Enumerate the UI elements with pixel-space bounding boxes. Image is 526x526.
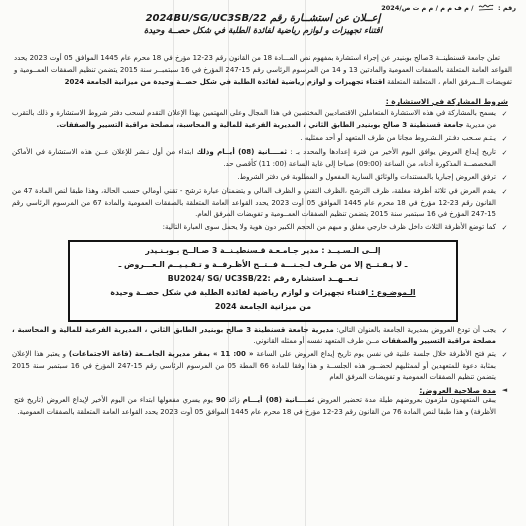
reference-label: رقم : xyxy=(498,4,516,12)
check-bullet-icon: ✓ xyxy=(499,147,510,170)
list-item: ✓ ترفق العروض إجباريا بالمستندات والوثائ… xyxy=(12,172,510,184)
box-subject-line: الـموضـوع : اقتناء تجهيزات و لوازم رياضي… xyxy=(78,286,448,300)
box-addressee-line: إلــى الـسـيــد : مدير جـامـعـة قـسنطيـن… xyxy=(78,244,448,258)
reference-code: / م ف م م / م م ت ص/2024 xyxy=(381,4,473,12)
offers-validity-section: ◄ مدة صلاحية العروض: يبقى المتعهدون ملزم… xyxy=(12,386,510,418)
check-bullet-icon: ✓ xyxy=(499,325,510,348)
list-item: ✓ كما توضع الأظرفة الثلاث داخل ظرف خارجي… xyxy=(12,222,510,234)
list-item: ✓ يـتـم سـحب دفـتر الـشـروط مجانا من طرف… xyxy=(12,133,510,145)
list-item-text: تاريخ إيداع العروض يوافق اليوم الأخير من… xyxy=(12,147,496,170)
box-open-only-line: ـ لا يـفـتــح إلا من طـرف لـجـنـــة فــت… xyxy=(78,258,448,272)
envelope-inscription-box: إلــى الـسـيــد : مدير جـامـعـة قـسنطيـن… xyxy=(68,240,458,322)
list-item: ✓ يتم فتح الأظرفة خلال جلسة علنية في نفس… xyxy=(12,349,510,383)
box-consultation-ref-line: تـعــهــد استشارة رقم :BU2024/ SG/ UC3SB… xyxy=(78,272,448,286)
check-bullet-icon: ✓ xyxy=(499,172,510,184)
list-item-text: ترفق العروض إجباريا بالمستندات والوثائق … xyxy=(12,172,496,184)
conditions-heading: شروط المشاركة في الاستشارة : xyxy=(8,97,508,106)
conditions-list: ✓ يسمح بالمشاركة في هذه الاستشارة المتعا… xyxy=(12,108,510,234)
list-item: ✓ يقدم العرض في ثلاثة أظرفة مغلقة، ظرف ا… xyxy=(12,186,510,220)
announcement-title: إعــلان عن استشــارة رقم 2024BU/SG/UC3SB… xyxy=(8,13,518,24)
list-item-text: يتم فتح الأظرفة خلال جلسة علنية في نفس ي… xyxy=(12,349,496,383)
list-item: ✓ تاريخ إيداع العروض يوافق اليوم الأخير … xyxy=(12,147,510,170)
announcement-subtitle: اقتناء تجهيزات و لوازم رياضية لفائدة الط… xyxy=(8,26,518,36)
check-bullet-icon: ✓ xyxy=(499,186,510,220)
handwritten-number-icon xyxy=(478,3,494,13)
arrow-bullet-icon: ◄ xyxy=(499,386,510,394)
box-subject-label: الـموضـوع : xyxy=(368,288,415,297)
scanned-announcement-document: { "doc": { "ref": { "label": "رقم :", "c… xyxy=(0,0,526,526)
check-bullet-icon: ✓ xyxy=(499,133,510,145)
list-item: ✓ يجب أن تودع العروض بمديرية الجامعة بال… xyxy=(12,325,510,348)
box-budget-line: من ميزانية الجامعة 2024 xyxy=(78,300,448,314)
document-page: رقم : / م ف م م / م م ت ص/2024 إعــلان ع… xyxy=(0,0,526,418)
list-item: ✓ يسمح بالمشاركة في هذه الاستشارة المتعا… xyxy=(12,108,510,131)
box-subject-text: اقتناء تجهيزات و لوازم رياضية لفائدة الط… xyxy=(110,288,368,297)
list-item-text: يجب أن تودع العروض بمديرية الجامعة بالعن… xyxy=(12,325,496,348)
intro-paragraph: تعلن جامعة قسنطينــة 3صالح بوبنيدر عن إج… xyxy=(14,53,512,88)
submission-list: ✓ يجب أن تودع العروض بمديرية الجامعة بال… xyxy=(12,325,510,384)
check-bullet-icon: ✓ xyxy=(499,222,510,234)
reference-number-line: رقم : / م ف م م / م م ت ص/2024 xyxy=(8,3,516,13)
list-item-text: يـتـم سـحب دفـتر الـشـروط مجانا من طرف ا… xyxy=(12,133,496,145)
check-bullet-icon: ✓ xyxy=(499,108,510,131)
list-item-text: كما توضع الأظرفة الثلاث داخل ظرف خارجي م… xyxy=(12,222,496,234)
validity-paragraph: يبقى المتعهدون ملزمون بعروضهم طيلة مدة ت… xyxy=(14,395,496,418)
list-item-text: يقدم العرض في ثلاثة أظرفة مغلقة، ظرف الت… xyxy=(12,186,496,220)
check-bullet-icon: ✓ xyxy=(499,349,510,383)
validity-heading: مدة صلاحية العروض: xyxy=(419,386,496,395)
list-item-text: يسمح بالمشاركة في هذه الاستشارة المتعامل… xyxy=(12,108,496,131)
